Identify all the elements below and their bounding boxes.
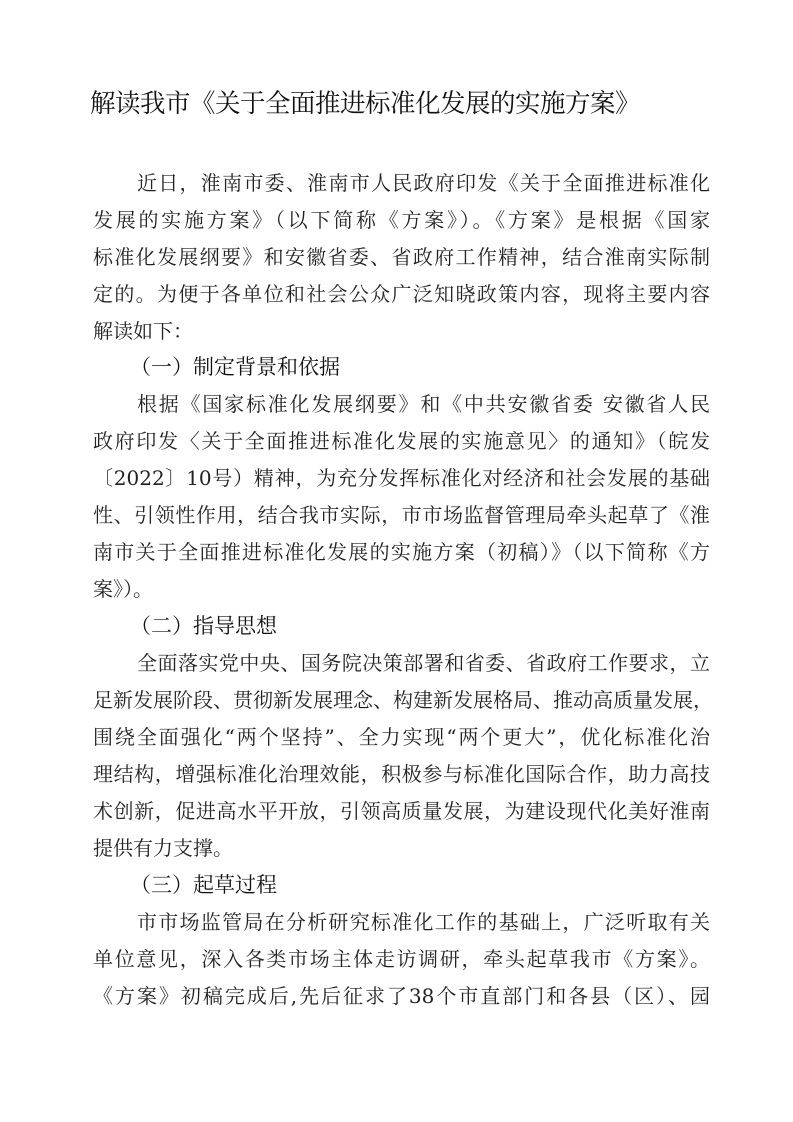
section-heading-drafting-process: （三）起草过程 [130, 870, 277, 900]
section-line: 政府印发〈关于全面推进标准化发展的实施意见〉的通知》（皖发 [93, 426, 710, 456]
section-line: 〔2022〕10号）精神，为充分发挥标准化对经济和社会发展的基础 [93, 463, 710, 493]
intro-line: 定的。为便于各单位和社会公众广泛知晓政策内容，现将主要内容 [93, 279, 710, 309]
section-line: 南市关于全面推进标准化发展的实施方案（初稿）》（以下简称《方 [93, 537, 710, 567]
section-line: 提供有力支撑。 [93, 833, 710, 863]
intro-line: 近日，淮南市委、淮南市人民政府印发《关于全面推进标准化 [137, 168, 710, 198]
section-line: 足新发展阶段、贯彻新发展理念、构建新发展格局、推动高质量发展， [93, 685, 710, 715]
section-line: 《方案》初稿完成后,先后征求了38个市直部门和各县（区）、园 [93, 981, 710, 1011]
section-line: 市市场监管局在分析研究标准化工作的基础上，广泛听取有关 [137, 907, 710, 937]
intro-line: 解读如下： [93, 316, 710, 346]
section-line: 单位意见，深入各类市场主体走访调研，牵头起草我市《方案》。 [93, 944, 710, 974]
section-line: 术创新，促进高水平开放，引领高质量发展，为建设现代化美好淮南 [93, 796, 710, 826]
section-line: 案》）。 [93, 574, 710, 604]
section-line: 围绕全面强化“两个坚持”、全力实现“两个更大”，优化标准化治 [93, 722, 710, 752]
intro-line: 标准化发展纲要》和安徽省委、省政府工作精神，结合淮南实际制 [93, 242, 710, 272]
document-title: 解读我市《关于全面推进标准化发展的实施方案》 [90, 84, 710, 120]
intro-line: 发展的实施方案》（以下简称《方案》）。《方案》是根据《国家 [93, 205, 710, 235]
section-heading-guiding-ideology: （二）指导思想 [130, 611, 277, 641]
section-heading-background: （一）制定背景和依据 [130, 352, 340, 382]
section-line: 理结构，增强标准化治理效能，积极参与标准化国际合作，助力高技 [93, 759, 710, 789]
section-line: 性、引领性作用，结合我市实际，市市场监督管理局牵头起草了《淮 [93, 500, 710, 530]
section-line: 根据《国家标准化发展纲要》和《中共安徽省委 安徽省人民 [137, 389, 710, 419]
document-page: 解读我市《关于全面推进标准化发展的实施方案》 近日，淮南市委、淮南市人民政府印发… [0, 0, 793, 1122]
section-line: 全面落实党中央、国务院决策部署和省委、省政府工作要求，立 [137, 648, 710, 678]
